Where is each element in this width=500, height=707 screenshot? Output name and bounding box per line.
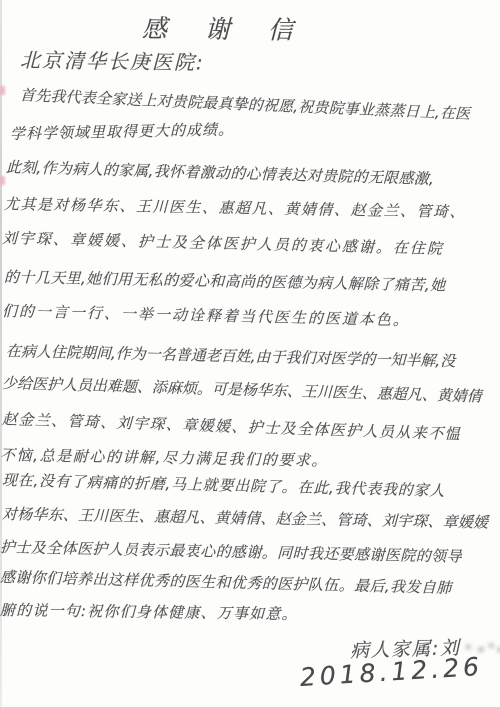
letter-body-line: 的十几天里,她们用无私的爱心和高尚的医德为病人解除了痛苦,她 (4, 266, 446, 295)
scan-pink-mark (0, 86, 5, 95)
letter-body-line: 现在,没有了病痛的折磨,马上就要出院了。在此,我代表我的家人 (2, 469, 446, 501)
letter-body-line: 对杨华东、王川医生、惠超凡、黄婧倩、赵金兰、管琦、刘宇琛、章媛媛 (2, 503, 489, 532)
scan-pink-mark (0, 176, 5, 185)
letter-body-line: 少给医护人员出难题、添麻烦。可是杨华东、王川医生、惠超凡、黄婧倩 (2, 372, 482, 406)
letter-title: 感 谢 信 (142, 9, 308, 47)
letter-body-line: 尤其是对杨华东、王川医生、惠超凡、黄婧倩、赵金兰、管琦、 (4, 193, 466, 222)
letter-body-line: 不恼,总是耐心的讲解,尽力满足我们的要求。 (0, 444, 328, 471)
letter-salutation: 北京清华长庚医院: (20, 44, 205, 76)
letter-body-line: 感谢你们培养出这样优秀的医生和优秀的医护队伍。最后,我发自肺 (0, 566, 452, 598)
letter-body-line: 首先我代表全家送上对贵院最真挚的祝愿,祝贵院事业蒸蒸日上,在医 (20, 84, 471, 124)
letter-body-line: 学科学领域里取得更大的成绩。 (10, 118, 234, 144)
letter-body-line: 们的一言一行、一举一动诠释着当代医生的医道本色。 (2, 300, 410, 330)
scanned-letter-page: 感 谢 信 北京清华长庚医院: 首先我代表全家送上对贵院最真挚的祝愿,祝贵院事业… (0, 0, 500, 707)
letter-body-line: 腑的说一句:祝你们身体健康、万事如意。 (0, 599, 298, 624)
letter-date: 2018.12.26 (299, 652, 484, 692)
letter-body-line: 刘宇琛、章媛媛、护士及全体医护人员的衷心感谢。在住院 (2, 227, 444, 259)
letter-body-line: 此刻,作为病人的家属,我怀着激动的心情表达对贵院的无限感激, (6, 156, 435, 189)
letter-body-line: 赵金兰、管琦、刘宇琛、章媛媛、护士及全体医护人员从来不愠 (2, 408, 462, 444)
letter-body-line: 护士及全体医护人员表示最衷心的感谢。同时我还要感谢医院的领导 (0, 536, 462, 567)
letter-body-line: 在病人住院期间,作为一名普通老百姓,由于我们对医学的一知半解,没 (6, 340, 456, 371)
